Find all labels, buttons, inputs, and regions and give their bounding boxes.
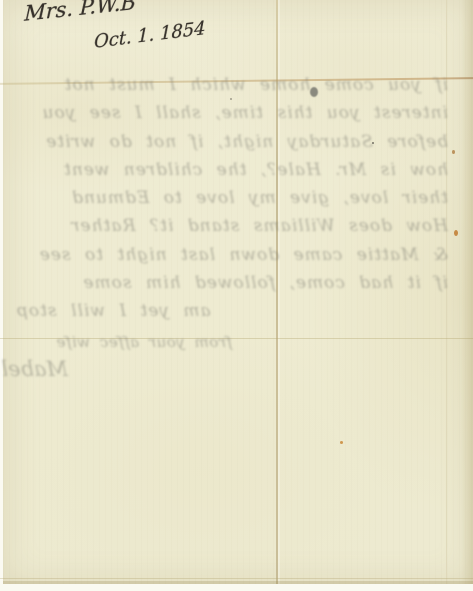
bleedthrough-signature: Mabel <box>0 357 68 381</box>
dark-speck <box>230 98 232 100</box>
scan-canvas: Mrs. P.W.B Oct. 1. 1854 if you come home… <box>0 0 473 591</box>
bleedthrough-line: their love, give my love to Edmund <box>16 184 448 212</box>
bleedthrough-line: interest you this time, shall I see you <box>16 99 448 127</box>
bleedthrough-line: if it had come, followed him some <box>16 269 448 297</box>
bleedthrough-closing: from your affec wife <box>52 333 232 351</box>
bleedthrough-line: am yet I will stop <box>16 297 448 325</box>
ink-blot <box>310 87 318 97</box>
rust-speck <box>340 441 343 444</box>
bleedthrough-line: before Saturday night, if not do write <box>16 128 448 156</box>
bottom-horizontal-crease <box>0 578 473 579</box>
bleedthrough-line: & Mattie came down last night to see <box>16 241 448 269</box>
rust-speck <box>452 150 455 154</box>
dark-speck <box>372 142 374 144</box>
paper-right-edge-shadow <box>461 0 473 584</box>
bleedthrough-text-block: if you come home which I must not intere… <box>16 71 448 326</box>
bleedthrough-line: if you come home which I must not <box>16 71 448 99</box>
bleedthrough-line: How does Williams stand it? Rather <box>16 212 448 240</box>
rust-speck <box>454 230 458 236</box>
bleedthrough-line: how is Mr. Hale?, the children went <box>16 156 448 184</box>
scan-bottom-edge <box>0 584 473 591</box>
scan-left-edge <box>0 0 3 591</box>
